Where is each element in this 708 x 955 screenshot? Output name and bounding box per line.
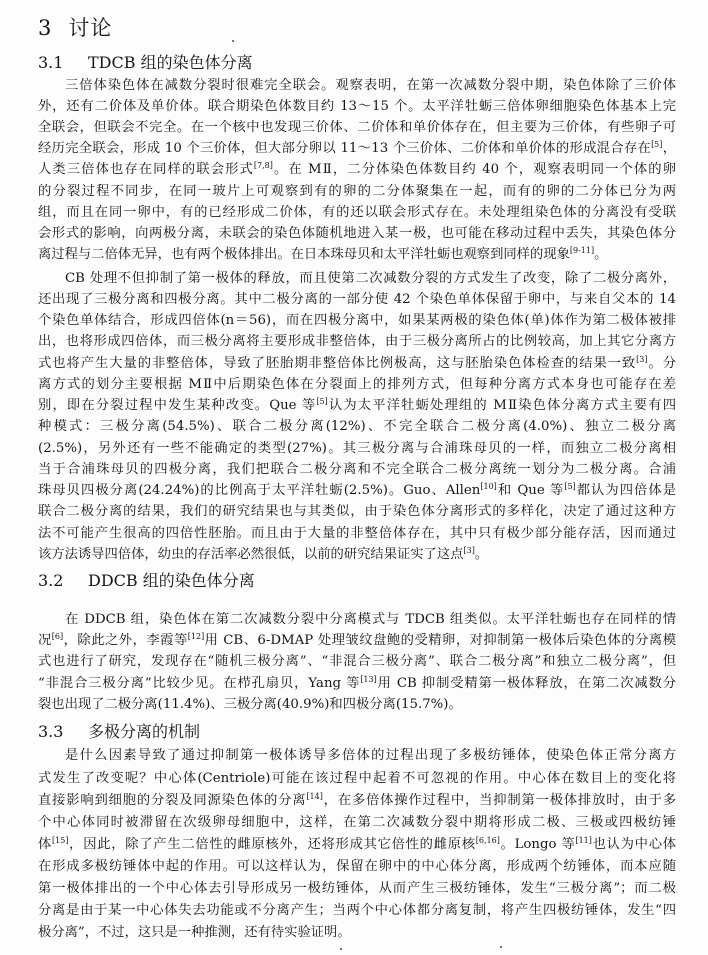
text-line: 当于合浦珠母贝的四极分离，我们把联合二极分离和不完全联合二极分离统一划分为二极分… [38,461,676,479]
text-line: 离方式的划分主要根据 MⅡ中后期染色体在分裂面上的排列方式，但每种分离方式本身也… [38,376,676,394]
text-line: 外，还有二价体及单价体。联合期染色体数目约 13～15 个。太平洋牡蛎三倍体卵细… [38,98,676,116]
text-line: 该方法诱导四倍体，幼虫的存活率必然很低，以前的研究结果证实了这点[3]。 [38,546,676,564]
text-line: 法不可能产生很高的四倍性胚胎。而且由于大量的非整倍体存在，其中只有极少部分能存活… [38,525,676,543]
text-line: 三倍体染色体在减数分裂时很难完全联会。观察表明，在第一次减数分裂中期，染色体除了… [65,77,676,95]
citation-ref: [13] [360,675,376,684]
subsection-title: 多极分离的机制 [88,722,200,741]
subsection-number: 3.1 [38,53,88,72]
citation-ref: [7,8] [254,161,273,170]
section-title: 讨论 [68,16,112,40]
subsection-heading-3-1: 3.1TDCB 组的染色体分离 [38,50,253,73]
scan-speck [340,948,342,950]
citation-ref: [9-11] [570,246,594,255]
section-number: 3 [38,16,52,40]
text-line: 裂也出现了二极分离(11.4%)、三极分离(40.9%)和四极分离(15.7%)… [38,696,676,714]
text-line: 出，也将形成四倍体，而三极分离将主要形成非整倍体，由于三极分离所占的比例较高，加… [38,333,676,351]
text-line: 在形成多极纺锤体中起的作用。可以这样认为，保留在卵中的中心体分离，形成两个纺锤体… [38,858,676,876]
citation-ref: [6,16] [476,836,500,845]
citation-ref: [6] [52,632,63,641]
subsection-heading-3-2: 3.2DDCB 组的染色体分离 [38,568,255,591]
text-line: 别，即在分裂过程中发生某种改变。Que 等[5]认为太平洋牡蛎处理组的 MⅡ染色… [38,397,676,415]
text-line: 经历完全联会，形成 10 个三价体，但大部分卵以 11～13 个三价体、二价体和… [38,140,676,158]
scan-speck [500,946,502,948]
text-line: 第一极体排出的一个中心体去引导形成另一极纺锤体，从而产生三极纺锤体，发生“三极分… [38,880,676,898]
section-heading-discussion: 3讨论 [38,12,112,42]
text-line: 珠母贝四极分离(24.24%)的比例高于太平洋牡蛎(2.5%)。Guo、Alle… [38,482,676,500]
text-line: 会形式的影响，向两极分离，未联会的染色体随机地进入某一极，也可能在移动过程中丢失… [38,225,676,243]
text-line: 是什么因素导致了通过抑制第一极体诱导多倍体的过程出现了多极纺锤体，使染色体正常分… [65,747,676,765]
text-line: 式也进行了研究，发现存在“随机三极分离”、“非混合三极分离”、联合二极分离”和独… [38,653,676,671]
citation-ref: [10] [480,482,496,491]
citation-ref: [3] [464,546,475,555]
text-line: 联合二极分离的结果，我们的研究结果也与其类似，由于染色体分离形式的多样化，决定了… [38,503,676,521]
text-line: 还出现了三极分离和四极分离。其中二极分离的一部分使 42 个染色单体保留于卵中，… [38,291,676,309]
subsection-number: 3.3 [38,722,88,741]
subsection-heading-3-3: 3.3多极分离的机制 [38,719,200,742]
scan-speck [232,40,234,42]
text-line: 直接影响到细胞的分裂及同源染色体的分离[14]，在多倍体操作过程中，当抑制第一极… [38,792,676,810]
citation-ref: [15] [52,836,68,845]
text-line: 种模式：三极分离(54.5%)、联合二极分离(12%)、不完全联合二极分离(4.… [38,418,676,436]
text-line: “非混合三极分离”比较少见。在栉孔扇贝，Yang 等[13]用 CB 抑制受精第… [38,675,676,693]
text-line: 况[6]，除此之外，李霞等[12]用 CB、6-DMAP 处理皱纹盘鲍的受精卵，… [38,632,676,650]
citation-ref: [5] [316,397,327,406]
text-line: 组，而且在同一卵中，有的已经形成二价体，有的还以联会形式存在。未处理组染色体的分… [38,204,676,222]
text-line: 在 DDCB 组，染色体在第二次减数分裂中分离模式与 TDCB 组类似。太平洋牡… [65,611,676,629]
subsection-title: TDCB 组的染色体分离 [88,53,253,72]
text-line: 式发生了改变呢？中心体(Centriole)可能在该过程中起着不可忽视的作用。中… [38,770,676,788]
text-line: 体[15]，因此，除了产生二倍性的雌原核外，还将形成其它倍性的雌原核[6,16]… [38,836,676,854]
text-line: 的分裂过程不同步，在同一玻片上可观察到有的卵的二分体聚集在一起，而有的卵的二分体… [38,183,676,201]
text-line: CB 处理不但抑制了第一极体的释放，而且使第二次减数分裂的方式发生了改变，除了二… [65,270,676,288]
text-line: 离过程与二倍体无异，也有两个极体排出。在日本珠母贝和太平洋牡蛎也观察到同样的现象… [38,246,676,264]
text-line: 个中心体同时被滞留在次级卵母细胞中，这样，在第二次减数分裂中期将形成二极、三极或… [38,814,676,832]
citation-ref: [3] [636,355,647,364]
citation-ref: [5] [564,482,575,491]
citation-ref: [5] [651,140,662,149]
text-line: 式也将产生大量的非整倍体，导致了胚胎期非整倍体比例极高，这与胚胎染色体检查的结果… [38,355,676,373]
citation-ref: [14] [306,792,322,801]
text-line: 人类三倍体也存在同样的联会形式[7,8]。在 MⅡ，二分体染色体数目约 40 个… [38,161,676,179]
citation-ref: [12] [188,632,204,641]
text-line: 极分离”，不过，这只是一种推测，还有待实验证明。 [38,924,676,942]
subsection-number: 3.2 [38,571,88,590]
citation-ref: [11] [575,836,591,845]
subsection-title: DDCB 组的染色体分离 [88,571,255,590]
text-line: 分离是由于某一中心体失去功能或不分离产生；当两个中心体都分离复制，将产生四极纺锤… [38,902,676,920]
text-line: 全联会，但联会不完全。在一个核中也发现三价体、二价体和单价体存在，但主要为三价体… [38,119,676,137]
text-line: 个染色单体结合，形成四倍体(n＝56)，而在四极分离中，如果某两极的染色体(单)… [38,312,676,330]
paper-page: 3讨论 3.1TDCB 组的染色体分离 三倍体染色体在减数分裂时很难完全联会。观… [0,0,708,955]
text-line: (2.5%)，另外还有一些不能确定的类型(27%)。其三极分离与合浦珠母贝的一样… [38,440,676,458]
